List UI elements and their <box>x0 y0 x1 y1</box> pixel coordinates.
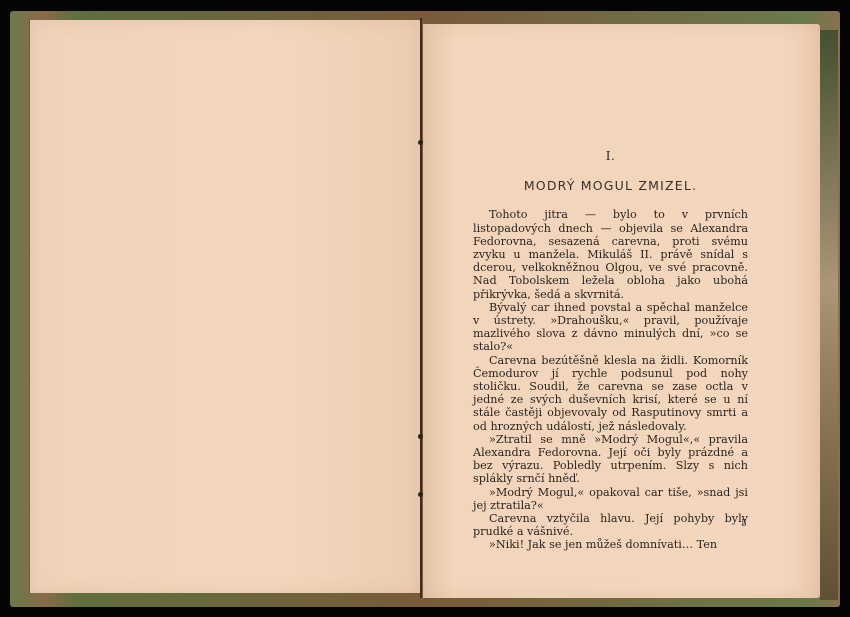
paragraph: »Modrý Mogul,« opakoval car tiše, »snad … <box>473 486 748 512</box>
paragraph: Carevna bezútěšně klesla na židli. Komor… <box>473 354 748 433</box>
page-number: 5 <box>741 519 747 529</box>
page-text: I. MODRÝ MOGUL ZMIZEL. Tohoto jitra — by… <box>473 150 748 552</box>
book-gutter <box>420 18 422 598</box>
paragraph: Bývalý car ihned povstal a spěchal manže… <box>473 301 748 354</box>
paragraph: Tohoto jitra — bylo to v prvních listopa… <box>473 208 748 300</box>
binding-stitch <box>418 492 423 497</box>
chapter-title: MODRÝ MOGUL ZMIZEL. <box>473 179 748 192</box>
paragraph: »Ztratil se mně »Modrý Mogul«,« pravila … <box>473 433 748 486</box>
paragraph: Carevna vztyčila hlavu. Její pohyby byly… <box>473 512 748 538</box>
binding-stitch <box>418 434 423 439</box>
chapter-number: I. <box>473 150 748 163</box>
binding-stitch <box>418 140 423 145</box>
left-page-blank <box>29 20 420 593</box>
book-cover-edge <box>820 30 838 600</box>
paragraph: »Niki! Jak se jen můžeš domnívati… Ten <box>473 538 748 551</box>
